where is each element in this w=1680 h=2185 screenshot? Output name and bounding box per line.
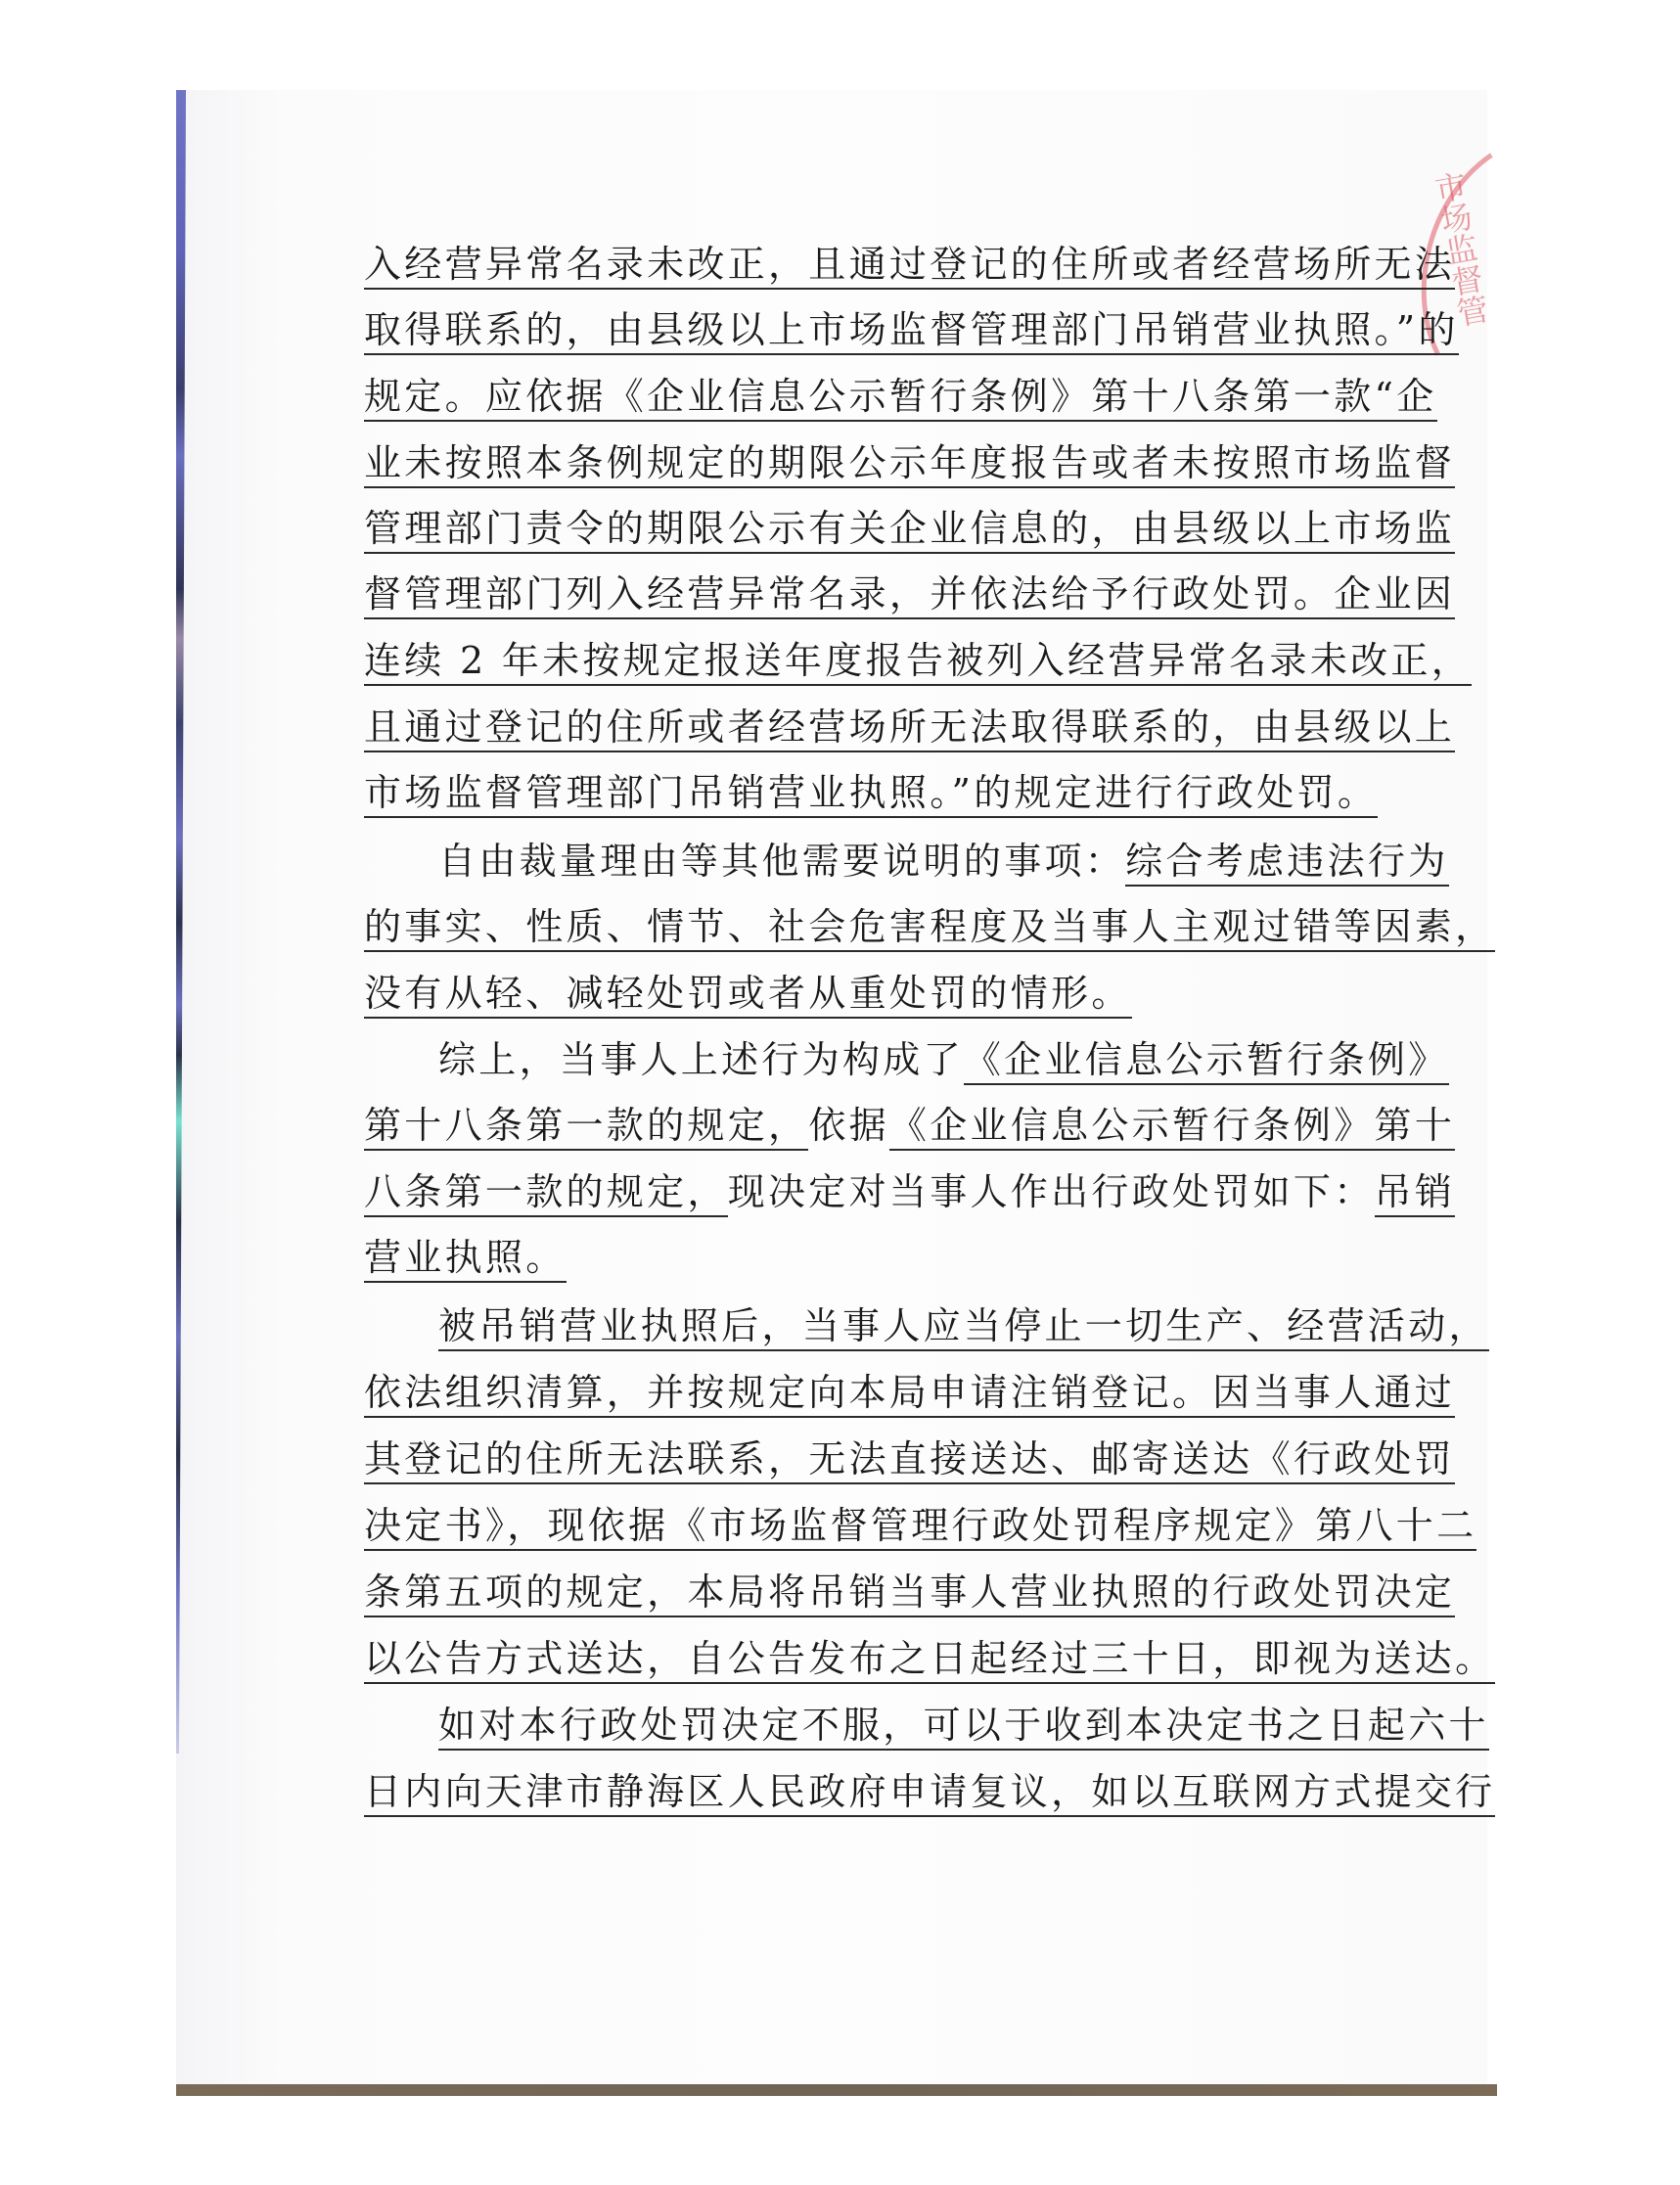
underlined-text: 决定书》，现依据《市场监督管理行政处罚程序规定》第八十二 xyxy=(364,1504,1476,1551)
underlined-text: 以公告方式送达，自公告发布之日起经过三十日，即视为送达。 xyxy=(364,1637,1495,1684)
underlined-text: 吊销 xyxy=(1375,1170,1456,1217)
text-line: 条第五项的规定，本局将吊销当事人营业执照的行政处罚决定 xyxy=(364,1568,1352,1626)
underlined-text: 且通过登记的住所或者经营场所无法取得联系的，由县级以上 xyxy=(364,706,1455,752)
underlined-text: 督管理部门列入经营异常名录，并依法给予行政处罚。企业因 xyxy=(364,572,1455,619)
underlined-text: 综合考虑违法行为 xyxy=(1125,840,1448,887)
text-line: 取得联系的，由县级以上市场监督管理部门吊销营业执照。”的 xyxy=(364,305,1352,364)
text-line: 综上，当事人上述行为构成了《企业信息公示暂行条例》 xyxy=(364,1035,1427,1094)
text-line: 八条第一款的规定，现决定对当事人作出行政处罚如下：吊销 xyxy=(364,1167,1352,1226)
text-line: 督管理部门列入经营异常名录，并依法给予行政处罚。企业因 xyxy=(364,569,1352,628)
underlined-text: 依法组织清算，并按规定向本局申请注销登记。因当事人通过 xyxy=(364,1371,1455,1418)
text-line: 依法组织清算，并按规定向本局申请注销登记。因当事人通过 xyxy=(364,1368,1352,1427)
plain-text: 现决定对当事人作出行政处罚如下： xyxy=(728,1170,1375,1213)
text-line: 且通过登记的住所或者经营场所无法取得联系的，由县级以上 xyxy=(364,703,1352,761)
underlined-text: 规定。应依据《企业信息公示暂行条例》第十八条第一款“企 xyxy=(364,375,1437,422)
text-line: 营业执照。 xyxy=(364,1233,1352,1292)
underlined-text: 入经营异常名录未改正，且通过登记的住所或者经营场所无法 xyxy=(364,243,1455,290)
page-bottom-edge xyxy=(176,2084,1497,2096)
underlined-text: 八条第一款的规定， xyxy=(364,1170,728,1217)
underlined-text: 的事实、性质、情节、社会危害程度及当事人主观过错等因素， xyxy=(364,905,1495,952)
plain-text: 综上，当事人上述行为构成了 xyxy=(438,1038,964,1081)
underlined-text: 管理部门责令的期限公示有关企业信息的，由县级以上市场监 xyxy=(364,507,1455,554)
text-line: 其登记的住所无法联系，无法直接送达、邮寄送达《行政处罚 xyxy=(364,1434,1352,1493)
text-line: 被吊销营业执照后，当事人应当停止一切生产、经营活动， xyxy=(364,1301,1427,1360)
underlined-text: 营业执照。 xyxy=(364,1236,567,1283)
underlined-text: 第十八条第一款的规定， xyxy=(364,1104,808,1151)
underlined-text: 连续 2 年未按规定报送年度报告被列入经营异常名录未改正， xyxy=(364,639,1472,686)
underlined-text: 《企业信息公示暂行条例》第十 xyxy=(889,1104,1455,1151)
underlined-text: 条第五项的规定，本局将吊销当事人营业执照的行政处罚决定 xyxy=(364,1570,1455,1617)
underlined-text: 被吊销营业执照后，当事人应当停止一切生产、经营活动， xyxy=(438,1304,1489,1351)
text-line: 业未按照本条例规定的期限公示年度报告或者未按照市场监督 xyxy=(364,438,1352,497)
underlined-text: 如对本行政处罚决定不服，可以于收到本决定书之日起六十 xyxy=(438,1704,1489,1751)
text-line: 以公告方式送达，自公告发布之日起经过三十日，即视为送达。 xyxy=(364,1634,1352,1693)
text-line: 规定。应依据《企业信息公示暂行条例》第十八条第一款“企 xyxy=(364,372,1352,431)
text-line: 自由裁量理由等其他需要说明的事项：综合考虑违法行为 xyxy=(364,837,1427,895)
text-line: 如对本行政处罚决定不服，可以于收到本决定书之日起六十 xyxy=(364,1701,1427,1759)
text-line: 决定书》，现依据《市场监督管理行政处罚程序规定》第八十二 xyxy=(364,1501,1352,1560)
underlined-text: 取得联系的，由县级以上市场监督管理部门吊销营业执照。”的 xyxy=(364,308,1459,355)
text-line: 连续 2 年未按规定报送年度报告被列入经营异常名录未改正， xyxy=(364,636,1352,695)
underlined-text: 业未按照本条例规定的期限公示年度报告或者未按照市场监督 xyxy=(364,441,1455,488)
text-line: 管理部门责令的期限公示有关企业信息的，由县级以上市场监 xyxy=(364,504,1352,563)
plain-text: 自由裁量理由等其他需要说明的事项： xyxy=(438,840,1125,883)
underlined-text: 其登记的住所无法联系，无法直接送达、邮寄送达《行政处罚 xyxy=(364,1437,1455,1484)
text-line: 日内向天津市静海区人民政府申请复议，如以互联网方式提交行 xyxy=(364,1767,1352,1826)
underlined-text: 日内向天津市静海区人民政府申请复议，如以互联网方式提交行 xyxy=(364,1770,1495,1817)
text-line: 第十八条第一款的规定，依据《企业信息公示暂行条例》第十 xyxy=(364,1101,1352,1160)
underlined-text: 没有从轻、减轻处罚或者从重处罚的情形。 xyxy=(364,972,1132,1019)
underlined-text: 《企业信息公示暂行条例》 xyxy=(964,1038,1449,1085)
text-line: 入经营异常名录未改正，且通过登记的住所或者经营场所无法 xyxy=(364,240,1352,298)
text-line: 市场监督管理部门吊销营业执照。”的规定进行行政处罚。 xyxy=(364,768,1352,827)
underlined-text: 市场监督管理部门吊销营业执照。”的规定进行行政处罚。 xyxy=(364,771,1378,818)
plain-text: 依据 xyxy=(808,1104,889,1147)
text-line: 没有从轻、减轻处罚或者从重处罚的情形。 xyxy=(364,969,1352,1027)
text-line: 的事实、性质、情节、社会危害程度及当事人主观过错等因素， xyxy=(364,902,1352,961)
